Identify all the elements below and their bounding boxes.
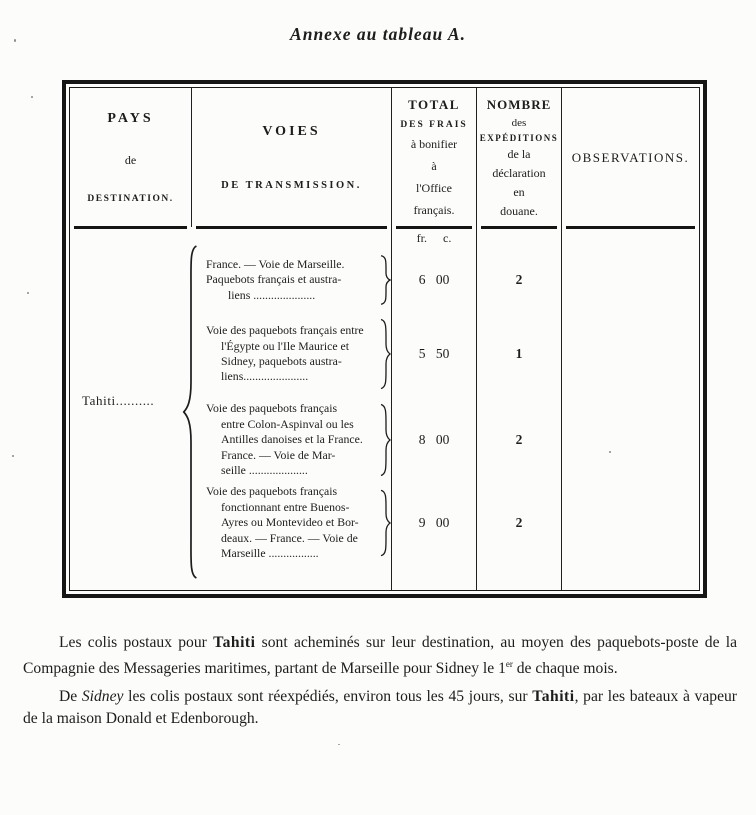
footnotes: Les colis postaux pour Tahiti sont achem… — [23, 632, 737, 729]
row-brace-icon — [379, 317, 391, 391]
route-text: Voie des paquebots français fonctionnant… — [206, 484, 377, 561]
header-observations: OBSERVATIONS. — [561, 88, 699, 227]
route-text: Voie des paquebots français entre l'Égyp… — [206, 323, 377, 385]
document-page: Annexe au tableau A. PAYS de DESTINATION… — [0, 0, 756, 815]
count-value: 2 — [516, 432, 523, 448]
route-row: France. — Voie de Marseille. Paquebots f… — [191, 249, 391, 311]
header-line: PAYS — [107, 111, 153, 127]
scan-artifact — [12, 455, 14, 457]
count-value: 2 — [516, 272, 523, 288]
header-line: en — [513, 185, 524, 200]
header-line: OBSERVATIONS. — [572, 150, 690, 166]
cell-destination: Tahiti.......... — [70, 227, 191, 590]
header-line: déclaration — [492, 166, 545, 181]
header-line: l'Office — [416, 181, 452, 196]
route-row: Voie des paquebots français fonctionnant… — [191, 483, 391, 563]
header-line: de la — [508, 147, 531, 162]
cell-total-frais: fr. c. 6 00 5 50 8 00 9 00 — [391, 227, 476, 590]
route-text: France. — Voie de Marseille. Paquebots f… — [206, 257, 377, 303]
table-inner-frame: PAYS de DESTINATION. VOIES DE TRANSMISSI… — [69, 87, 700, 591]
currency-francs-label: fr. — [417, 231, 427, 246]
fee-value: 5 50 — [419, 346, 450, 362]
row-brace-icon — [379, 402, 391, 478]
header-line: EXPÉDITIONS — [480, 133, 559, 143]
count-value: 2 — [516, 515, 523, 531]
header-line: français. — [414, 203, 455, 218]
scan-artifact — [31, 96, 33, 98]
scan-artifact — [14, 39, 16, 42]
scan-artifact — [27, 292, 29, 294]
note-paragraph-1: Les colis postaux pour Tahiti sont achem… — [23, 632, 737, 679]
header-line: VOIES — [262, 124, 320, 140]
cell-nombre-expeditions: 2 1 2 2 — [476, 227, 561, 590]
header-nombre-expeditions: NOMBRE des EXPÉDITIONS de la déclaration… — [476, 88, 561, 227]
header-line: TOTAL — [408, 97, 460, 113]
note-paragraph-2: De Sidney les colis postaux sont réexpéd… — [23, 686, 737, 729]
scan-artifact — [609, 451, 611, 453]
currency-units-header: fr. c. — [392, 227, 476, 249]
header-line: DES FRAIS — [400, 120, 467, 130]
table-grid: PAYS de DESTINATION. VOIES DE TRANSMISSI… — [70, 88, 699, 590]
page-title: Annexe au tableau A. — [0, 24, 756, 45]
group-brace-icon — [182, 243, 200, 581]
annex-table: PAYS de DESTINATION. VOIES DE TRANSMISSI… — [62, 80, 707, 598]
header-line: à bonifier — [411, 137, 457, 152]
header-line: DE TRANSMISSION. — [221, 180, 362, 191]
fee-value: 6 00 — [419, 272, 450, 288]
currency-centimes-label: c. — [443, 231, 451, 246]
header-line: à — [431, 159, 436, 174]
cell-voies: France. — Voie de Marseille. Paquebots f… — [191, 227, 391, 590]
header-line: douane. — [500, 204, 538, 219]
route-row: Voie des paquebots français entre Colon-… — [191, 397, 391, 483]
count-value: 1 — [516, 346, 523, 362]
scan-artifact — [338, 744, 340, 745]
tahiti-bold: Tahiti — [213, 634, 255, 651]
header-voies-transmission: VOIES DE TRANSMISSION. — [191, 88, 391, 227]
route-text: Voie des paquebots français entre Colon-… — [206, 401, 377, 478]
cell-observations — [561, 227, 699, 590]
row-brace-icon — [379, 488, 391, 558]
header-total-frais: TOTAL DES FRAIS à bonifier à l'Office fr… — [391, 88, 476, 227]
header-line: DESTINATION. — [87, 194, 173, 204]
route-row: Voie des paquebots français entre l'Égyp… — [191, 311, 391, 397]
fee-value: 9 00 — [419, 515, 450, 531]
header-line: de — [125, 153, 136, 168]
header-line: des — [512, 117, 527, 129]
header-pays-destination: PAYS de DESTINATION. — [70, 88, 191, 227]
tahiti-bold: Tahiti — [532, 688, 574, 705]
fee-value: 8 00 — [419, 432, 450, 448]
sidney-italic: Sidney — [82, 688, 124, 705]
destination-label: Tahiti.......... — [70, 393, 191, 409]
row-brace-icon — [379, 254, 391, 306]
header-line: NOMBRE — [487, 97, 552, 113]
